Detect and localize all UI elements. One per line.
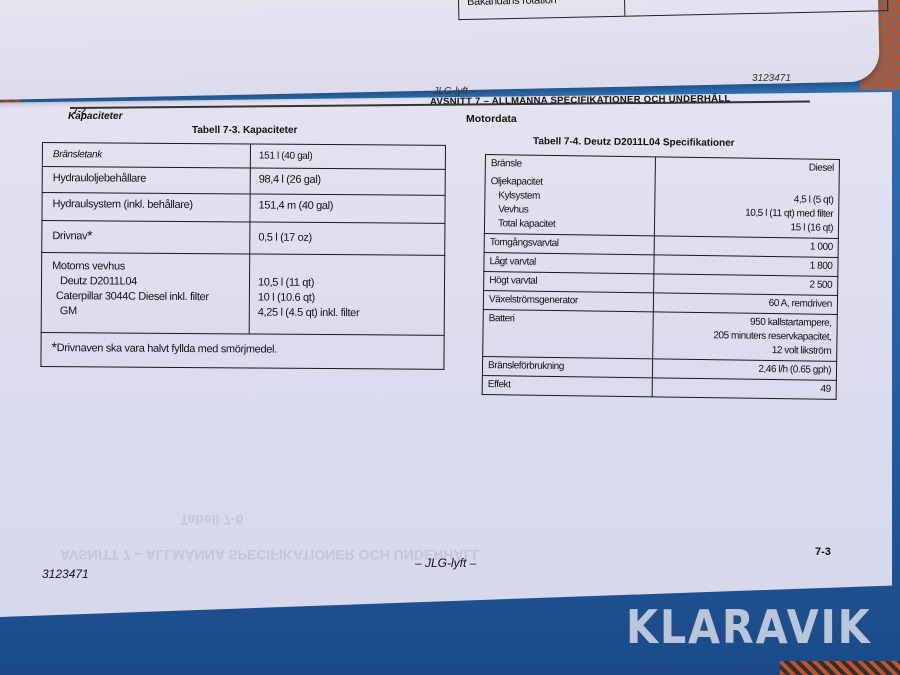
crankcase-values-cell: 10,5 l (11 qt) 10 l (10.6 qt) 4,25 l (4.… <box>249 254 445 335</box>
crankcase-label: Motorns vevhus <box>52 259 239 275</box>
battery-values-cell: 950 kallstartampere, 205 minuters reserv… <box>653 312 838 362</box>
oil-item-label: Total kapacitet <box>490 217 649 233</box>
row-label: Bränsletank <box>42 143 250 168</box>
row-label: Hydraulsystem (inkl. behållare) <box>42 193 250 222</box>
row-value: 2 500 <box>654 274 838 296</box>
prev-row-label: Bakändans rotation <box>467 0 557 8</box>
row-value: 2,46 l/h (0.65 gph) <box>652 359 836 381</box>
row-label: Bränsleförbrukning <box>482 356 652 377</box>
footer-page-number: 7-3 <box>815 546 831 558</box>
oil-values-cell: 4,5 l (5 qt) 10,5 l (11 qt) med filter 1… <box>654 175 839 238</box>
crankcase-item-value: 10,5 l (11 qt) <box>258 276 436 292</box>
capacities-table: Bränsletank 151 l (40 gal) Hydrauloljebe… <box>40 142 446 370</box>
row-value: 1 800 <box>654 255 838 277</box>
table-row: Drivnav* 0,5 l (17 oz) <box>42 221 445 256</box>
oil-item-value: 15 l (16 qt) <box>660 219 833 235</box>
bleed-through-text: Tabell 7-6 <box>180 512 244 528</box>
table-row: Hydrauloljebehållare 98,4 l (26 gal) <box>42 167 445 196</box>
capacities-table-title: Tabell 7-3. Kapaciteter <box>192 125 297 136</box>
row-label: Drivnav <box>52 230 87 242</box>
row-label: Tomgångsvarvtal <box>484 233 654 254</box>
row-value: 151,4 m (40 gal) <box>250 194 445 223</box>
engine-table-title: Tabell 7-4. Deutz D2011L04 Specifikation… <box>533 136 735 149</box>
crankcase-item-label: GM <box>52 304 239 320</box>
row-value: 0,5 l (17 oz) <box>250 222 445 255</box>
footnote-text: Drivnaven ska vara halvt fyllda med smör… <box>57 342 277 356</box>
row-label: Hydrauloljebehållare <box>42 167 250 194</box>
row-label-cell: Drivnav* <box>42 221 250 254</box>
table-row: Motorns vevhus Deutz D2011L04 Caterpilla… <box>41 253 445 336</box>
prev-page-table: Bakändans rotation 1,14 m (3 ft-9 in) <box>458 0 889 20</box>
table-row: Batteri 950 kallstartampere, 205 minuter… <box>483 309 838 361</box>
row-value: 151 l (40 gal) <box>250 144 445 169</box>
footnote-row: *Drivnaven ska vara halvt fyllda med smö… <box>41 332 444 369</box>
footer-title: – JLG-lyft – <box>415 556 476 570</box>
background-mesh-bottom <box>780 661 900 675</box>
footnote-marker: * <box>87 227 92 243</box>
row-label: Lågt varvtal <box>484 252 654 273</box>
crankcase-cell: Motorns vevhus Deutz D2011L04 Caterpilla… <box>41 253 250 334</box>
row-label: Batteri <box>483 309 654 358</box>
row-value: 49 <box>652 378 836 400</box>
oil-capacity-cell: Oljekapacitet Kylsystem Vevhus Total kap… <box>484 173 655 236</box>
battery-line: 12 volt likström <box>658 342 831 358</box>
table-row: Hydraulsystem (inkl. behållare) 151,4 m … <box>42 193 445 224</box>
capacities-heading: Kapaciteter <box>68 111 122 122</box>
crankcase-item-label: Deutz D2011L04 <box>52 274 239 290</box>
prev-doc-number: 3123471 <box>752 73 791 84</box>
row-label: Högt varvtal <box>484 271 654 292</box>
footer-doc-number: 3123471 <box>42 567 89 581</box>
crankcase-item-value: 10 l (10.6 qt) <box>258 291 436 307</box>
row-label: Effekt <box>482 375 652 396</box>
crankcase-item-label: Caterpillar 3044C Diesel inkl. filter <box>52 289 239 305</box>
row-value: 60 A, remdriven <box>653 293 837 315</box>
row-label: Bränsle <box>485 155 655 176</box>
table-row: Oljekapacitet Kylsystem Vevhus Total kap… <box>484 173 839 238</box>
table-row: Bränsletank 151 l (40 gal) <box>42 143 445 170</box>
engine-heading: Motordata <box>466 113 517 125</box>
row-label: Växelströmsgenerator <box>483 290 653 311</box>
crankcase-item-value: 4,25 l (4.5 qt) inkl. filter <box>258 306 436 322</box>
row-value: 1 000 <box>654 236 838 258</box>
engine-spec-table: Bränsle Diesel Oljekapacitet Kylsystem V… <box>482 154 840 400</box>
row-value: 98,4 l (26 gal) <box>250 168 445 195</box>
watermark-logo: KLARAVIK <box>626 600 872 654</box>
footnote-cell: *Drivnaven ska vara halvt fyllda med smö… <box>41 332 444 369</box>
